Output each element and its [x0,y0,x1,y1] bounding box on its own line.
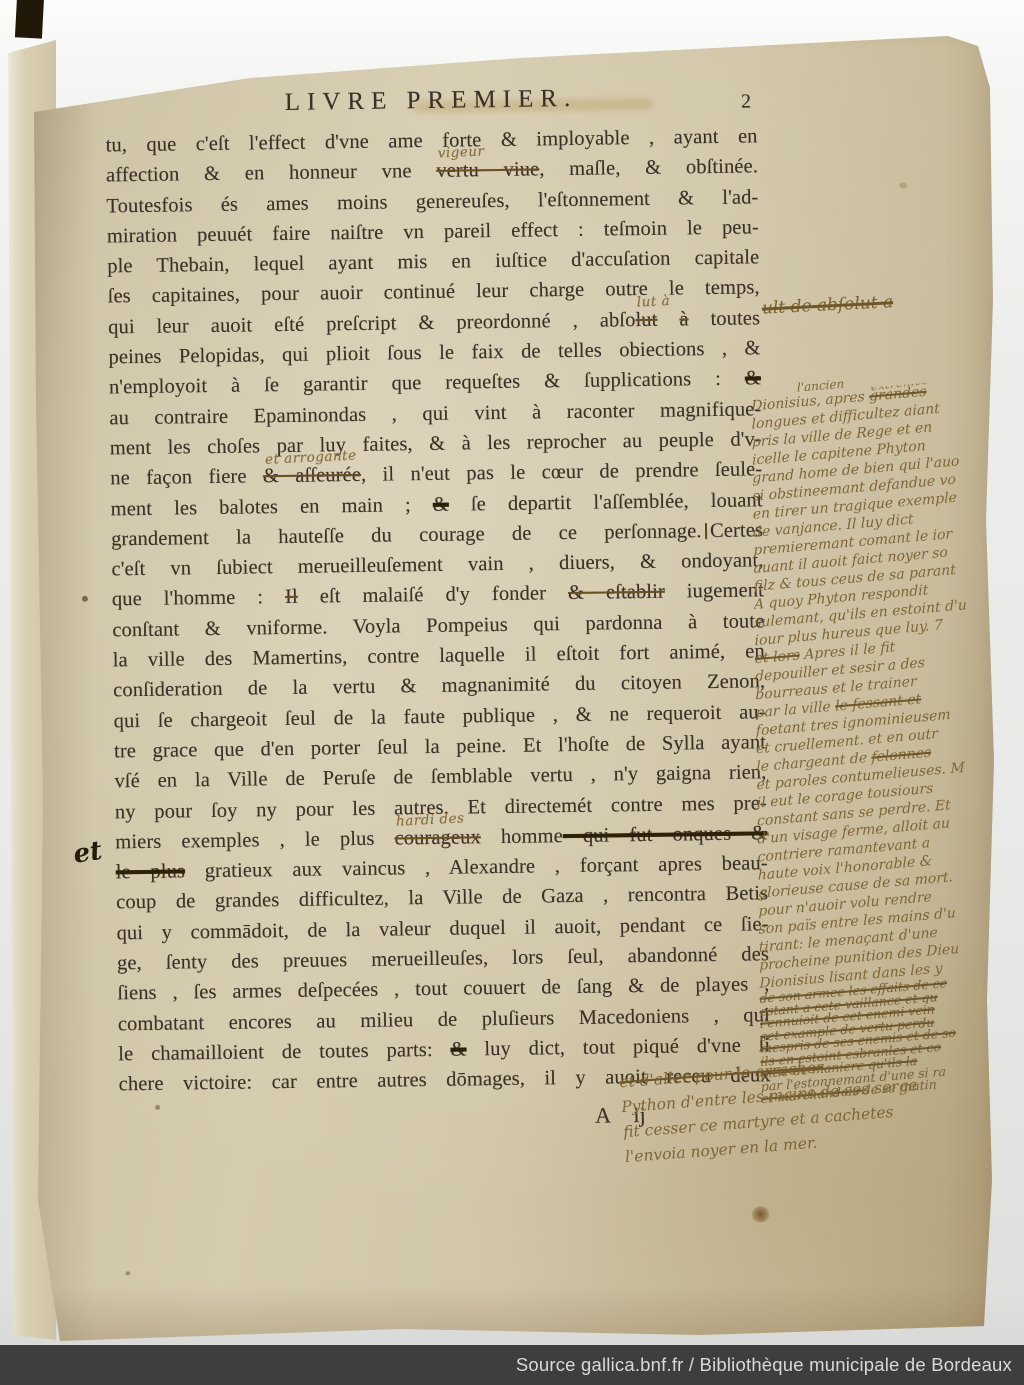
source-attribution: Source gallica.bnf.fr / Bibliothèque mun… [516,1354,1024,1376]
text-segment: vſé en la Ville de Peruſe de ſemblable v… [114,762,766,793]
paper-speck [82,596,88,602]
interlinear-annotation: hardi des [396,812,465,828]
text-segment: conſtant & vniforme. Voyla Pompeius qui … [112,610,764,641]
struck-text: le plus [116,861,186,884]
text-segment: homme [481,825,563,848]
text-segment: ſiens , ſes armes deſpecées , tout couue… [117,974,769,1005]
printed-running-title: LIVRE PREMIER. [105,82,757,119]
interlinear-annotation: lut à [637,295,671,310]
text-segment: qui y commādoit, de la valeur duquel il … [116,913,768,944]
text-segment: ſe departit l'aſſemblée, louant [449,489,763,515]
paper-speck [899,182,907,188]
handwritten-owner-title: MONTAIGNE LIV. I [214,22,578,83]
paper-speck [125,1271,130,1275]
text-segment: coup de grandes difficultez, la Ville de… [116,883,768,914]
margin-annotation-absolut: ult de abſolut a [762,292,894,318]
text-segment: ment les balotes en main ; [111,493,433,519]
binding-edge [15,0,44,39]
text-segment: n'employoit à ſe garantir que requeſtes … [109,368,745,399]
paper-speck [155,1105,160,1110]
text-segment: le chamailloient de toutes parts: [118,1039,450,1066]
page-content: MONTAIGNE LIV. I LIVRE PREMIER. 2 tu, qu… [0,0,1010,1352]
struck-text: courageuxhardi des [394,826,481,849]
text-segment: que l'homme : [112,586,285,610]
text-segment: luy dict, tout piqué d'vne ſi [466,1034,770,1060]
text-segment: ment les choſes par luy faites, & à les … [110,428,762,459]
page-number: 2 [741,90,751,113]
text-segment: toutes [688,307,760,330]
struck-text: vertu viuevigeur [436,159,539,182]
text-segment: tu, que c'eſt l'effect d'vne ame forte &… [105,125,757,156]
text-segment: , il n'eut pas le cœur de prendre ſeule- [361,459,763,487]
text-segment: grandement la hauteſſe du courage de ce … [111,520,702,550]
text-segment [657,308,679,330]
footer-bar: Source gallica.bnf.fr / Bibliothèque mun… [0,1345,1024,1385]
struck-text: & [433,493,449,515]
body-text: tu, que c'eſt l'effect d'vne ame forte &… [105,121,770,1100]
text-segment: conſideration de la vertu & magnanimité … [113,671,765,702]
text-segment: au contraire Epaminondas , qui vint à ra… [109,398,761,429]
text-segment: combatant encores au milieu de pluſieurs… [118,1004,770,1035]
text-segment: c'eſt vn ſubiect merueilleuſement vain ,… [111,549,763,580]
text-segment: miers exemples , le plus [115,827,395,853]
struck-text: & aſſeuréeet arrogante [263,464,361,487]
struck-text: lutlut à [635,309,657,331]
photo-background: MONTAIGNE LIV. I LIVRE PREMIER. 2 tu, qu… [0,0,1024,1345]
text-segment: , maſle, & obſtinée. [539,156,758,181]
text-segment: peines Pelopidas, qui plioit ſous le fai… [108,337,760,368]
text-segment: eſt malaiſé d'y fonder [298,583,568,609]
struck-text: & eſtablir [568,581,665,604]
insertion-caret [704,523,707,539]
right-margin-annotation: l'ancienDionisius, apres grandesextremes… [751,366,1008,1106]
ink-blot [750,1206,770,1222]
text-segment: ple Thebain, lequel ayant mis en iuſtice… [107,247,759,278]
text-segment: Toutesfois és ames moins genereuſes, l'e… [106,186,758,217]
text-segment: gratieux aux vaincus , Alexandre , força… [185,852,768,882]
interlinear-annotation: et arrogante [264,450,356,467]
interlinear-annotation: vigeur [438,146,485,161]
struck-text: qui fut onques & [563,822,768,847]
text-segment: qui leur auoit eſté preſcript & preordon… [108,309,636,338]
struck-text: Il [285,586,298,608]
text-segment: ge, ſenty des preuues merueilleuſes, lor… [117,943,769,974]
text-segment: tre grace que d'en porter ſeul la peine.… [114,731,766,762]
left-margin-annotation: et [71,836,104,870]
text-segment: ne façon fiere [110,466,263,490]
text-segment: la ville des Mamertins, contre laquelle … [113,640,765,671]
struck-text: & [450,1038,466,1060]
scanned-book-photo: MONTAIGNE LIV. I LIVRE PREMIER. 2 tu, qu… [0,0,1024,1385]
text-segment: miration peuuét faire naiſtre vn pareil … [107,216,759,247]
text-segment: affection & en honneur vne [106,160,437,187]
text-segment: qui ſe chargeoit ſeul de la faute publiq… [113,701,765,732]
text-segment: iugement [665,580,764,603]
book-page: MONTAIGNE LIV. I LIVRE PREMIER. 2 tu, qu… [0,0,1000,1345]
